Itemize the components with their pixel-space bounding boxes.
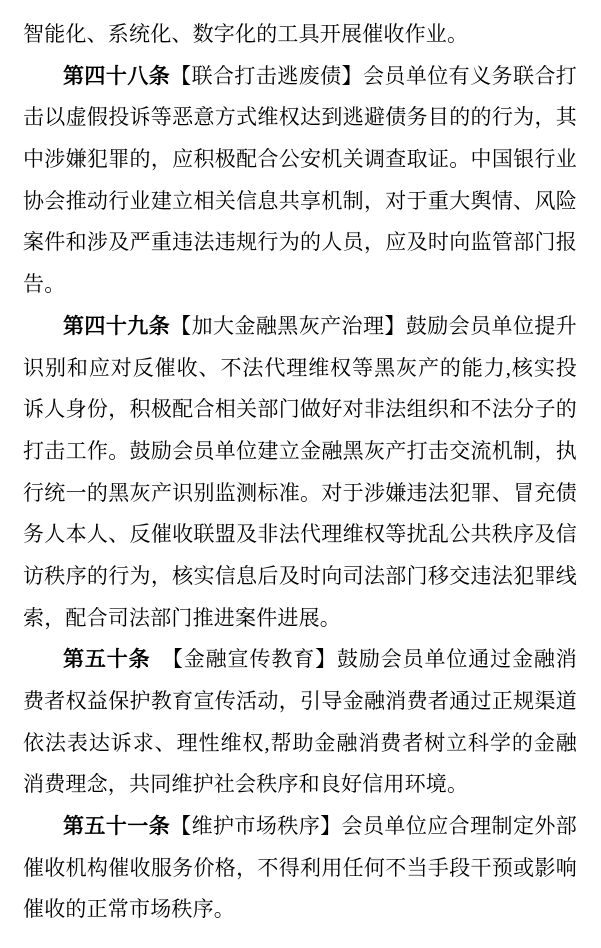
text-segment: 索，配合司法部门推进案件进展。 [23, 606, 341, 630]
text-segment: 【联合打击逃废债】会员单位有义务联合打 [170, 64, 577, 88]
text-segment: 访秩序的行为，核实信息后及时向司法部门移交违法犯罪线 [23, 564, 577, 588]
article-number: 第四十八条 [63, 65, 170, 88]
text-line: 第五十条 【金融宣传教育】鼓励会员单位通过金融消 [23, 639, 577, 681]
text-segment: 行统一的黑灰产识别监测标准。对于涉嫌违法犯罪、冒充债 [23, 481, 577, 505]
text-line: 打击工作。鼓励会员单位建立金融黑灰产打击交流机制，执 [23, 431, 577, 473]
text-segment: 催收机构催收服务价格，不得利用任何不当手段干预或影响 [23, 856, 577, 880]
text-line: 依法表达诉求、理性维权,帮助金融消费者树立科学的金融 [23, 723, 577, 765]
text-segment: 智能化、系统化、数字化的工具开展催收作业。 [23, 22, 468, 46]
text-segment: 消费理念，共同维护社会秩序和良好信用环境。 [23, 772, 468, 796]
text-segment: 协会推动行业建立相关信息共享机制，对于重大舆情、风险 [23, 189, 577, 213]
text-line: 行统一的黑灰产识别监测标准。对于涉嫌违法犯罪、冒充债 [23, 473, 577, 515]
text-line: 识别和应对反催收、不法代理维权等黑灰产的能力,核实投 [23, 348, 577, 390]
text-segment: 击以虚假投诉等恶意方式维权达到逃避债务目的的行为，其 [23, 105, 577, 129]
text-segment: 告。 [23, 272, 65, 296]
text-segment: 【加大金融黑灰产治理】鼓励会员单位提升 [170, 314, 577, 338]
article-number: 第五十条 [63, 648, 151, 671]
text-segment: 打击工作。鼓励会员单位建立金融黑灰产打击交流机制，执 [23, 439, 577, 463]
text-line: 索，配合司法部门推进案件进展。 [23, 598, 577, 640]
text-line: 访秩序的行为，核实信息后及时向司法部门移交违法犯罪线 [23, 556, 577, 598]
text-segment: 中涉嫌犯罪的，应积极配合公安机关调查取证。中国银行业 [23, 147, 577, 171]
text-line: 消费理念，共同维护社会秩序和良好信用环境。 [23, 764, 577, 806]
text-segment: 诉人身份，积极配合相关部门做好对非法组织和不法分子的 [23, 397, 577, 421]
text-segment: 【维护市场秩序】会员单位应合理制定外部 [170, 814, 577, 838]
text-line: 告。 [23, 264, 577, 306]
text-segment: 务人本人、反催收联盟及非法代理维权等扰乱公共秩序及信 [23, 522, 577, 546]
document-page: 智能化、系统化、数字化的工具开展催收作业。第四十八条【联合打击逃废债】会员单位有… [0, 0, 601, 948]
article-number: 第五十一条 [63, 815, 170, 838]
text-line: 击以虚假投诉等恶意方式维权达到逃避债务目的的行为，其 [23, 97, 577, 139]
text-line: 协会推动行业建立相关信息共享机制，对于重大舆情、风险 [23, 181, 577, 223]
text-line: 务人本人、反催收联盟及非法代理维权等扰乱公共秩序及信 [23, 514, 577, 556]
text-segment: 【金融宣传教育】鼓励会员单位通过金融消 [151, 647, 577, 671]
text-line: 智能化、系统化、数字化的工具开展催收作业。 [23, 14, 577, 56]
text-segment: 案件和涉及严重违法违规行为的人员，应及时向监管部门报 [23, 230, 577, 254]
text-line: 第四十九条【加大金融黑灰产治理】鼓励会员单位提升 [23, 306, 577, 348]
text-line: 第四十八条【联合打击逃废债】会员单位有义务联合打 [23, 56, 577, 98]
text-segment: 费者权益保护教育宣传活动，引导金融消费者通过正规渠道 [23, 689, 577, 713]
text-line: 催收机构催收服务价格，不得利用任何不当手段干预或影响 [23, 848, 577, 890]
text-segment: 催收的正常市场秩序。 [23, 897, 235, 921]
text-line: 第五十一条【维护市场秩序】会员单位应合理制定外部 [23, 806, 577, 848]
text-line: 费者权益保护教育宣传活动，引导金融消费者通过正规渠道 [23, 681, 577, 723]
text-line: 诉人身份，积极配合相关部门做好对非法组织和不法分子的 [23, 389, 577, 431]
article-number: 第四十九条 [63, 315, 170, 338]
text-line: 中涉嫌犯罪的，应积极配合公安机关调查取证。中国银行业 [23, 139, 577, 181]
text-line: 催收的正常市场秩序。 [23, 889, 577, 931]
text-segment: 依法表达诉求、理性维权,帮助金融消费者树立科学的金融 [23, 731, 577, 755]
text-line: 案件和涉及严重违法违规行为的人员，应及时向监管部门报 [23, 222, 577, 264]
text-segment: 识别和应对反催收、不法代理维权等黑灰产的能力,核实投 [23, 356, 577, 380]
